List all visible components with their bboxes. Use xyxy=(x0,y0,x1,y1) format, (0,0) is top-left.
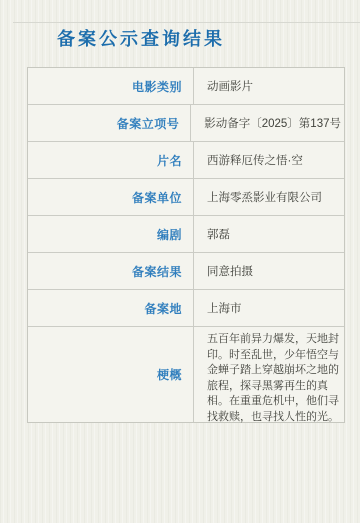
synopsis-line: 找救赎，也寻找人性的光。 xyxy=(207,410,341,426)
row-value: 影动备字〔2025〕第137号 xyxy=(191,105,344,141)
top-divider xyxy=(13,22,360,23)
row-label: 片名 xyxy=(28,142,194,178)
row-value: 同意拍摄 xyxy=(194,253,344,289)
table-row-filing-place: 备案地 上海市 xyxy=(28,289,344,326)
row-label: 电影类别 xyxy=(28,68,194,104)
row-value: 上海零烝影业有限公司 xyxy=(194,179,344,215)
synopsis-line: 相。在重重危机中，他们寻 xyxy=(207,394,341,410)
table-row-filing-result: 备案结果 同意拍摄 xyxy=(28,252,344,289)
synopsis-line: 五百年前异力爆发，天地封 xyxy=(207,332,341,348)
filing-result-table: 电影类别 动画影片 备案立项号 影动备字〔2025〕第137号 片名 西游释厄传… xyxy=(27,67,345,423)
synopsis-line: 旅程，探寻黑雾再生的真 xyxy=(207,379,341,395)
synopsis-line: 金蝉子踏上穿越崩坏之地的 xyxy=(207,363,341,379)
row-value: 上海市 xyxy=(194,290,344,326)
row-value: 动画影片 xyxy=(194,68,344,104)
row-label: 编剧 xyxy=(28,216,194,252)
row-value: 郭磊 xyxy=(194,216,344,252)
table-row-synopsis: 梗概 五百年前异力爆发，天地封 印。时至乱世，少年悟空与 金蝉子踏上穿越崩坏之地… xyxy=(28,326,344,422)
row-value-synopsis: 五百年前异力爆发，天地封 印。时至乱世，少年悟空与 金蝉子踏上穿越崩坏之地的 旅… xyxy=(194,327,344,422)
table-row-screenwriter: 编剧 郭磊 xyxy=(28,215,344,252)
row-label: 备案结果 xyxy=(28,253,194,289)
table-row-film-title: 片名 西游释厄传之悟·空 xyxy=(28,141,344,178)
row-label: 备案立项号 xyxy=(28,105,191,141)
table-row-filing-number: 备案立项号 影动备字〔2025〕第137号 xyxy=(28,104,344,141)
row-label: 备案单位 xyxy=(28,179,194,215)
synopsis-line: 印。时至乱世，少年悟空与 xyxy=(207,348,341,364)
table-row-filing-company: 备案单位 上海零烝影业有限公司 xyxy=(28,178,344,215)
row-value: 西游释厄传之悟·空 xyxy=(194,142,344,178)
row-label: 梗概 xyxy=(28,327,194,422)
page-title: 备案公示查询结果 xyxy=(57,29,225,49)
row-label: 备案地 xyxy=(28,290,194,326)
table-row-film-category: 电影类别 动画影片 xyxy=(28,68,344,104)
filing-query-result-page: 备案公示查询结果 电影类别 动画影片 备案立项号 影动备字〔2025〕第137号… xyxy=(0,0,360,523)
